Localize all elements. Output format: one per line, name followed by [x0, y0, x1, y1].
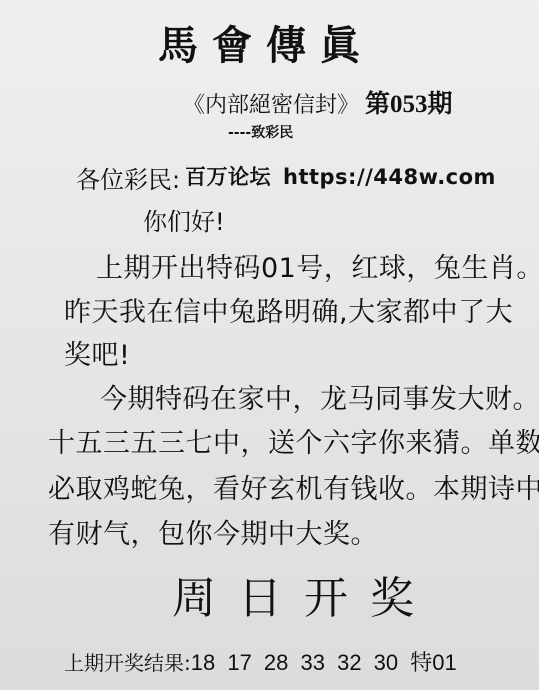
body-line: 必取鸡蛇兔，看好玄机有钱收。本期诗中: [48, 467, 539, 506]
body-line: 有财气，包你今期中大奖。: [48, 512, 378, 551]
result-label: 上期开奖结果:: [64, 651, 191, 675]
salutation: 各位彩民:: [76, 160, 180, 195]
hello-line: 你们好!: [143, 202, 225, 237]
draw-day-heading: 周日开奖: [172, 562, 436, 626]
watermark: 百万论坛https://448w.com: [185, 161, 496, 191]
body-line: 今期特码在家中，龙马同事发大财。: [100, 377, 539, 416]
addressee-line: ----致彩民: [228, 122, 293, 142]
fax-letter-page: 馬會傳眞 《内部絕密信封》第053期 ----致彩民 各位彩民: 百万论坛htt…: [0, 0, 539, 690]
body-line: 上期开出特码01号，红球，兔生肖。: [96, 246, 539, 285]
body-line: 昨天我在信中兔路明确,大家都中了大: [64, 290, 513, 329]
confidential-label: 《内部絕密信封》: [183, 93, 359, 118]
result-numbers: 18 17 28 33 32 30 特01: [191, 650, 457, 675]
watermark-url: https://448w.com: [283, 165, 496, 189]
body-line: 十五三五三七中，送个六字你来猜。单数: [48, 421, 539, 460]
letter-title: 馬會傳眞: [158, 14, 374, 71]
issue-number: 第053期: [365, 91, 453, 118]
body-line: 奖吧!: [64, 333, 130, 372]
previous-result: 上期开奖结果:18 17 28 33 32 30 特01: [64, 646, 457, 677]
letter-subtitle: 《内部絕密信封》第053期: [183, 84, 453, 120]
watermark-site-name: 百万论坛: [185, 165, 271, 189]
